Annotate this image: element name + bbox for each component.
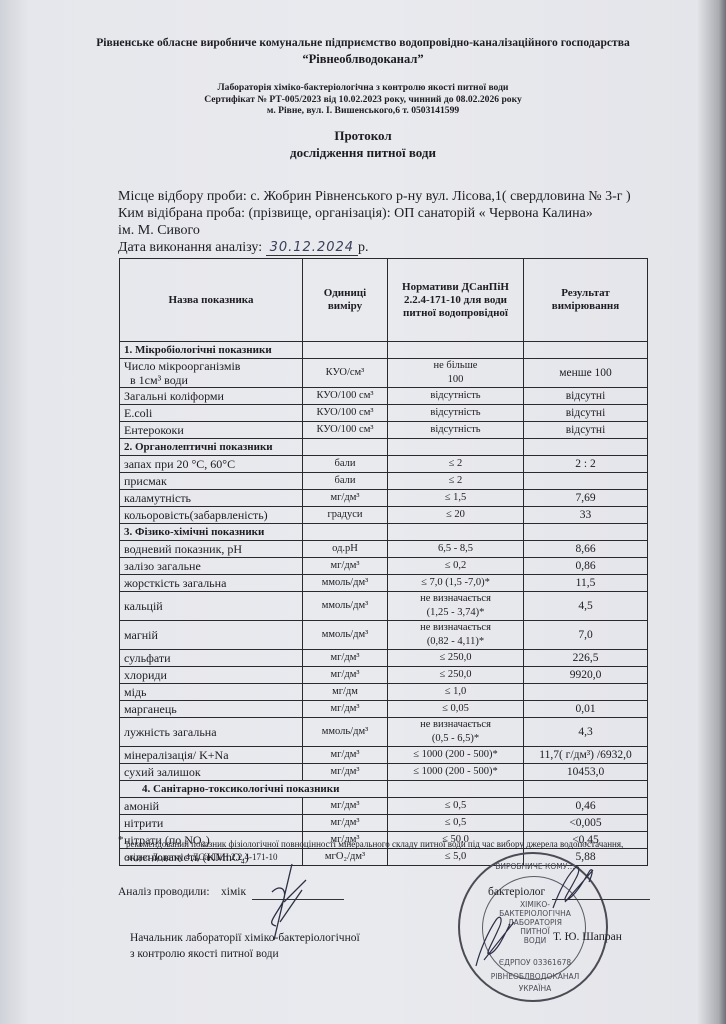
- cell-name: запах при 20 °С, 60°С: [120, 456, 303, 473]
- empty-cell: [388, 342, 524, 359]
- table-body: 1. Мікробіологічні показникиЧисло мікроо…: [120, 342, 648, 866]
- table-row: запах при 20 °С, 60°Сбали≤ 22 : 2: [120, 456, 648, 473]
- section-title: 2. Органолептичні показники: [120, 439, 303, 456]
- table-row: сухий залишокмг/дм³≤ 1000 (200 - 500)*10…: [120, 764, 648, 781]
- cell-result: 11,5: [524, 575, 648, 592]
- stamp-bottom-name: РІВНЕОБЛВОДОКАНАЛ: [460, 972, 610, 981]
- cell-unit: бали: [303, 456, 388, 473]
- cell-norm: ≤ 250,0: [388, 650, 524, 667]
- cell-result: менше 100: [524, 359, 648, 388]
- cell-unit: ммоль/дм³: [303, 621, 388, 650]
- cell-norm: ≤ 1,5: [388, 490, 524, 507]
- section-title: 3. Фізико-хімічні показники: [120, 524, 303, 541]
- cell-result: 226,5: [524, 650, 648, 667]
- empty-cell: [388, 439, 524, 456]
- bacteriologist-label: бактеріолог: [488, 886, 545, 898]
- cell-unit: мг/дм³: [303, 701, 388, 718]
- analysis-date-value: 30.12.2024: [266, 240, 358, 256]
- table-row: лужність загальнаммоль/дм³не визначаєтьс…: [120, 718, 648, 747]
- cell-unit: КУО/100 см³: [303, 405, 388, 422]
- sampling-place: Місце відбору проби: с. Жобрин Рівненськ…: [118, 188, 631, 205]
- cell-name: E.coli: [120, 405, 303, 422]
- cell-result: 0,01: [524, 701, 648, 718]
- cell-result: 7,0: [524, 621, 648, 650]
- footnote-marker: *: [118, 834, 124, 847]
- table-row: хлоридимг/дм³≤ 250,09920,0: [120, 667, 648, 684]
- cell-norm: 6,5 - 8,5: [388, 541, 524, 558]
- cell-result: 2 : 2: [524, 456, 648, 473]
- cell-name: Число мікроорганізмів в 1см³ води: [120, 359, 303, 388]
- table-row: Число мікроорганізмів в 1см³ водиКУО/см³…: [120, 359, 648, 388]
- chief-block: Начальник лабораторії хіміко-бактеріолог…: [130, 930, 360, 962]
- bacteriologist-signature: [545, 862, 600, 912]
- cell-name: Ентерококи: [120, 422, 303, 439]
- chief-signature: [470, 910, 520, 970]
- empty-cell: [303, 439, 388, 456]
- cell-name: залізо загальне: [120, 558, 303, 575]
- cell-norm: ≤ 0,5: [388, 798, 524, 815]
- cell-result: [524, 684, 648, 701]
- empty-cell: [303, 524, 388, 541]
- cell-norm: не визначається(0,82 - 4,11)*: [388, 621, 524, 650]
- cell-name: сульфати: [120, 650, 303, 667]
- empty-cell: [524, 781, 648, 798]
- table-row: амоніймг/дм³≤ 0,50,46: [120, 798, 648, 815]
- cell-result: 8,66: [524, 541, 648, 558]
- section-title: 4. Санітарно-токсикологічні показники: [120, 781, 388, 798]
- cell-norm: ≤ 0,05: [388, 701, 524, 718]
- cell-name: сухий залишок: [120, 764, 303, 781]
- cell-name: лужність загальна: [120, 718, 303, 747]
- cell-norm: відсутність: [388, 405, 524, 422]
- cell-result: відсутні: [524, 388, 648, 405]
- header-unit: Одиниці виміру: [303, 259, 388, 342]
- table-row: сульфатимг/дм³≤ 250,0226,5: [120, 650, 648, 667]
- cell-norm: ≤ 7,0 (1,5 -7,0)*: [388, 575, 524, 592]
- table-row: мінералізація/ K+Naмг/дм³≤ 1000 (200 - 5…: [120, 747, 648, 764]
- cell-unit: КУО/100 см³: [303, 388, 388, 405]
- cell-norm: ≤ 0,2: [388, 558, 524, 575]
- cell-unit: ммоль/дм³: [303, 575, 388, 592]
- table-row: присмакбали≤ 2: [120, 473, 648, 490]
- table-row: каламутністьмг/дм³≤ 1,57,69: [120, 490, 648, 507]
- empty-cell: [388, 524, 524, 541]
- section-row: 4. Санітарно-токсикологічні показники: [120, 781, 648, 798]
- cell-unit: КУО/100 см³: [303, 422, 388, 439]
- cell-unit: КУО/см³: [303, 359, 388, 388]
- table-row: водневий показник, pHод.pH6,5 - 8,58,66: [120, 541, 648, 558]
- table-header-row: Назва показника Одиниці виміру Нормативи…: [120, 259, 648, 342]
- analysts-block: Аналіз проводили: хімік: [118, 886, 246, 898]
- cell-result: 4,3: [524, 718, 648, 747]
- footnote-line-2: згідно Додатку 4 ДСанПіН 2.2.4-171-10: [126, 851, 726, 864]
- header-result: Результат вимірювання: [524, 259, 648, 342]
- cell-result: [524, 473, 648, 490]
- lab-address: м. Рівне, вул. І. Вишенського,6 т. 05031…: [0, 105, 726, 117]
- cell-result: <0,005: [524, 815, 648, 832]
- cell-name: мідь: [120, 684, 303, 701]
- analysis-date-label: Дата виконання аналізу:: [118, 240, 262, 255]
- cell-unit: мг/дм³: [303, 747, 388, 764]
- cell-result: 4,5: [524, 592, 648, 621]
- header-name: Назва показника: [120, 259, 303, 342]
- cell-norm: ≤ 250,0: [388, 667, 524, 684]
- section-row: 1. Мікробіологічні показники: [120, 342, 648, 359]
- cell-norm: відсутність: [388, 388, 524, 405]
- cell-name: Загальні коліформи: [120, 388, 303, 405]
- table-row: магнійммоль/дм³не визначається(0,82 - 4,…: [120, 621, 648, 650]
- table-row: жорсткість загальнаммоль/дм³≤ 7,0 (1,5 -…: [120, 575, 648, 592]
- cell-name: кольоровість(забарвленість): [120, 507, 303, 524]
- cell-name: каламутність: [120, 490, 303, 507]
- analysis-date-suffix: р.: [358, 240, 369, 255]
- sampled-by: Ким відібрана проба: (прізвище, організа…: [118, 205, 593, 222]
- empty-cell: [303, 342, 388, 359]
- cell-result: відсутні: [524, 422, 648, 439]
- section-row: 2. Органолептичні показники: [120, 439, 648, 456]
- document-title: Протокол: [0, 128, 726, 144]
- table-row: залізо загальнемг/дм³≤ 0,20,86: [120, 558, 648, 575]
- chief-name: Т. Ю. Шапран: [553, 931, 622, 943]
- cell-norm: відсутність: [388, 422, 524, 439]
- empty-cell: [524, 524, 648, 541]
- cell-unit: градуси: [303, 507, 388, 524]
- table-row: марганецьмг/дм³≤ 0,050,01: [120, 701, 648, 718]
- section-row: 3. Фізико-хімічні показники: [120, 524, 648, 541]
- cell-name: присмак: [120, 473, 303, 490]
- cell-unit: мг/дм³: [303, 798, 388, 815]
- chief-title-line-1: Начальник лабораторії хіміко-бактеріолог…: [130, 930, 360, 946]
- cell-result: 7,69: [524, 490, 648, 507]
- cell-norm: не визначається(1,25 - 3,74)*: [388, 592, 524, 621]
- cell-norm: ≤ 2: [388, 456, 524, 473]
- empty-cell: [524, 439, 648, 456]
- cell-norm: не більше100: [388, 359, 524, 388]
- empty-cell: [524, 342, 648, 359]
- cell-unit: мг/дм³: [303, 490, 388, 507]
- cell-unit: бали: [303, 473, 388, 490]
- cell-norm: ≤ 1,0: [388, 684, 524, 701]
- cell-result: 10453,0: [524, 764, 648, 781]
- cell-name: мінералізація/ K+Na: [120, 747, 303, 764]
- cell-result: відсутні: [524, 405, 648, 422]
- cell-unit: ммоль/дм³: [303, 718, 388, 747]
- cell-name: жорсткість загальна: [120, 575, 303, 592]
- cell-norm: ≤ 0,5: [388, 815, 524, 832]
- cell-name: амоній: [120, 798, 303, 815]
- section-title: 1. Мікробіологічні показники: [120, 342, 303, 359]
- cell-name: магній: [120, 621, 303, 650]
- organization-name: “Рівнеоблводоканал”: [0, 52, 726, 67]
- lab-name: Лабораторія хіміко-бактеріологічна з кон…: [0, 82, 726, 94]
- cell-norm: ≤ 1000 (200 - 500)*: [388, 764, 524, 781]
- cell-norm: ≤ 20: [388, 507, 524, 524]
- table-row: нітритимг/дм³≤ 0,5<0,005: [120, 815, 648, 832]
- results-table: Назва показника Одиниці виміру Нормативи…: [119, 258, 648, 866]
- cell-result: 0,86: [524, 558, 648, 575]
- cell-unit: од.pH: [303, 541, 388, 558]
- table-row: кольоровість(забарвленість)градуси≤ 2033: [120, 507, 648, 524]
- sampled-by-continued: ім. М. Сивого: [118, 222, 200, 239]
- footnote-line-1: рекомендований показник фізіологічної по…: [126, 838, 726, 851]
- cell-name: нітрити: [120, 815, 303, 832]
- cell-norm: ≤ 1000 (200 - 500)*: [388, 747, 524, 764]
- cell-norm: ≤ 2: [388, 473, 524, 490]
- lab-certificate: Сертифікат № РТ-005/2023 від 10.02.2023 …: [0, 94, 726, 106]
- cell-name: хлориди: [120, 667, 303, 684]
- footnote: * рекомендований показник фізіологічної …: [126, 838, 726, 864]
- empty-cell: [388, 781, 524, 798]
- table-row: кальційммоль/дм³не визначається(1,25 - 3…: [120, 592, 648, 621]
- cell-result: 9920,0: [524, 667, 648, 684]
- cell-name: кальцій: [120, 592, 303, 621]
- cell-unit: мг/дм³: [303, 558, 388, 575]
- cell-unit: мг/дм³: [303, 667, 388, 684]
- cell-unit: мг/дм³: [303, 764, 388, 781]
- chief-title-line-2: з контролю якості питної води: [130, 946, 360, 962]
- cell-unit: ммоль/дм³: [303, 592, 388, 621]
- cell-unit: мг/дм³: [303, 650, 388, 667]
- analysts-label: Аналіз проводили:: [118, 886, 210, 898]
- header-norm: Нормативи ДСанПіН 2.2.4-171-10 для води …: [388, 259, 524, 342]
- cell-norm: не визначається(0,5 - 6,5)*: [388, 718, 524, 747]
- cell-unit: мг/дм: [303, 684, 388, 701]
- cell-unit: мг/дм³: [303, 815, 388, 832]
- cell-name: марганець: [120, 701, 303, 718]
- cell-result: 0,46: [524, 798, 648, 815]
- table-row: E.coliКУО/100 см³відсутністьвідсутні: [120, 405, 648, 422]
- table-row: Загальні коліформиКУО/100 см³відсутність…: [120, 388, 648, 405]
- table-row: ЕнтерококиКУО/100 см³відсутністьвідсутні: [120, 422, 648, 439]
- stamp-country: УКРАЇНА: [460, 984, 610, 993]
- cell-name: водневий показник, pH: [120, 541, 303, 558]
- lab-info: Лабораторія хіміко-бактеріологічна з кон…: [0, 82, 726, 117]
- table-row: мідьмг/дм≤ 1,0: [120, 684, 648, 701]
- analysis-date: Дата виконання аналізу: 30.12.2024р.: [118, 239, 369, 256]
- chemist-label: хімік: [221, 886, 246, 898]
- organization-title: Рівненське обласне виробниче комунальне …: [0, 36, 726, 49]
- cell-result: 11,7( г/дм³) /6932,0: [524, 747, 648, 764]
- document-subtitle: дослідження питної води: [0, 145, 726, 161]
- cell-result: 33: [524, 507, 648, 524]
